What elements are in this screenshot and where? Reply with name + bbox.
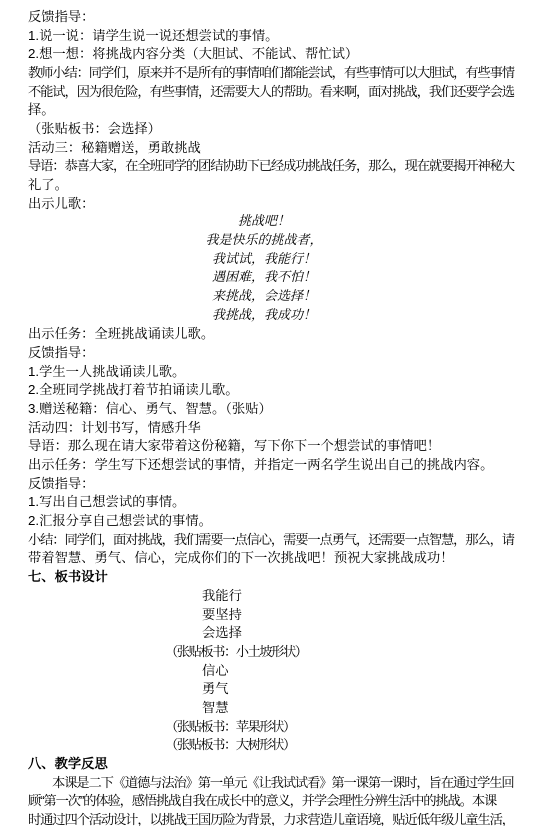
rhyme-line: 遇困难，我不怕！ xyxy=(28,269,500,288)
feedback-guidance-label: 反馈指导： xyxy=(28,475,516,494)
board-paste-note: （张贴板书：苹果形状） xyxy=(28,718,516,737)
board-word: 信心 xyxy=(28,662,516,681)
activity-3-heading: 活动三：秘籍赠送，勇敢挑战 xyxy=(28,139,516,158)
numbered-step: 2.全班同学挑战打着节拍诵读儿歌。 xyxy=(28,381,516,400)
reflection-line: 本课是二下《道德与法治》第一单元《让我试试看》第一课第一课时，旨在通过学生回 xyxy=(28,774,516,793)
board-paste-note: （张贴板书：大树形状） xyxy=(28,736,516,755)
rhyme-line: 来挑战，会选择！ xyxy=(28,288,500,307)
feedback-guidance-label: 反馈指导： xyxy=(28,344,516,363)
numbered-step: 1.写出自己想尝试的事情。 xyxy=(28,493,516,512)
document-page: { "page": { "background": "#ffffff", "te… xyxy=(0,0,541,826)
lead-in-line: 导语：恭喜大家，在全班同学的团结协助下已经成功挑战任务，那么，现在就要揭开神秘大 xyxy=(28,157,516,176)
rhyme-line: 我是快乐的挑战者， xyxy=(28,232,500,251)
task-line: 出示任务：学生写下还想尝试的事情，并指定一两名学生说出自己的挑战内容。 xyxy=(28,456,516,475)
activity-4-heading: 活动四：计划书写，情感升华 xyxy=(28,419,516,438)
board-word: 智慧 xyxy=(28,699,516,718)
reflection-line: 时通过四个活动设计，以挑战王国历险为背景，力求营造儿童语境，贴近低年级儿童生活， xyxy=(28,811,516,826)
feedback-guidance-label: 反馈指导： xyxy=(28,8,516,27)
board-word: 我能行 xyxy=(28,587,516,606)
numbered-step: 2.想一想：将挑战内容分类（大胆试、不能试、帮忙试） xyxy=(28,45,516,64)
teacher-summary-line: 教师小结：同学们，原来并不是所有的事情咱们都能尝试，有些事情可以大胆试，有些事情 xyxy=(28,64,516,83)
section-8-teaching-reflection-heading: 八、教学反思 xyxy=(28,755,516,774)
rhyme-intro-label: 出示儿歌： xyxy=(28,195,516,214)
board-word: 会选择 xyxy=(28,624,516,643)
task-line: 出示任务：全班挑战诵读儿歌。 xyxy=(28,325,516,344)
numbered-step: 1.说一说：请学生说一说还想尝试的事情。 xyxy=(28,27,516,46)
board-paste-note: （张贴板书：会选择） xyxy=(28,120,516,139)
reflection-line: 顾“第一次”的体验，感悟挑战自我在成长中的意义，并学会理性分辨生活中的挑战。本课 xyxy=(28,792,516,811)
board-paste-note: （张贴板书：小土坡形状） xyxy=(28,643,516,662)
numbered-step: 1.学生一人挑战诵读儿歌。 xyxy=(28,363,516,382)
rhyme-line: 我挑战，我成功！ xyxy=(28,307,500,326)
lead-in-line: 礼了。 xyxy=(28,176,516,195)
board-word: 勇气 xyxy=(28,680,516,699)
teacher-summary-line: 择。 xyxy=(28,101,516,120)
rhyme-line: 我试试，我能行！ xyxy=(28,251,500,270)
rhyme-title: 挑战吧！ xyxy=(28,213,500,232)
numbered-step: 3.赠送秘籍：信心、勇气、智慧。（张贴） xyxy=(28,400,516,419)
numbered-step: 2.汇报分享自己想尝试的事情。 xyxy=(28,512,516,531)
teacher-summary-line: 不能试，因为很危险，有些事情，还需要大人的帮助。看来啊，面对挑战，我们还要学会选 xyxy=(28,83,516,102)
summary-line: 带着智慧、勇气、信心，完成你们的下一次挑战吧！预祝大家挑战成功！ xyxy=(28,549,516,568)
section-7-board-design-heading: 七、板书设计 xyxy=(28,568,516,587)
lesson-plan-document: 反馈指导： 1.说一说：请学生说一说还想尝试的事情。 2.想一想：将挑战内容分类… xyxy=(28,8,516,826)
lead-in-line: 导语：那么现在请大家带着这份秘籍，写下你下一个想尝试的事情吧！ xyxy=(28,437,516,456)
summary-line: 小结：同学们，面对挑战，我们需要一点信心，需要一点勇气，还需要一点智慧，那么，请 xyxy=(28,531,516,550)
board-word: 要坚持 xyxy=(28,606,516,625)
